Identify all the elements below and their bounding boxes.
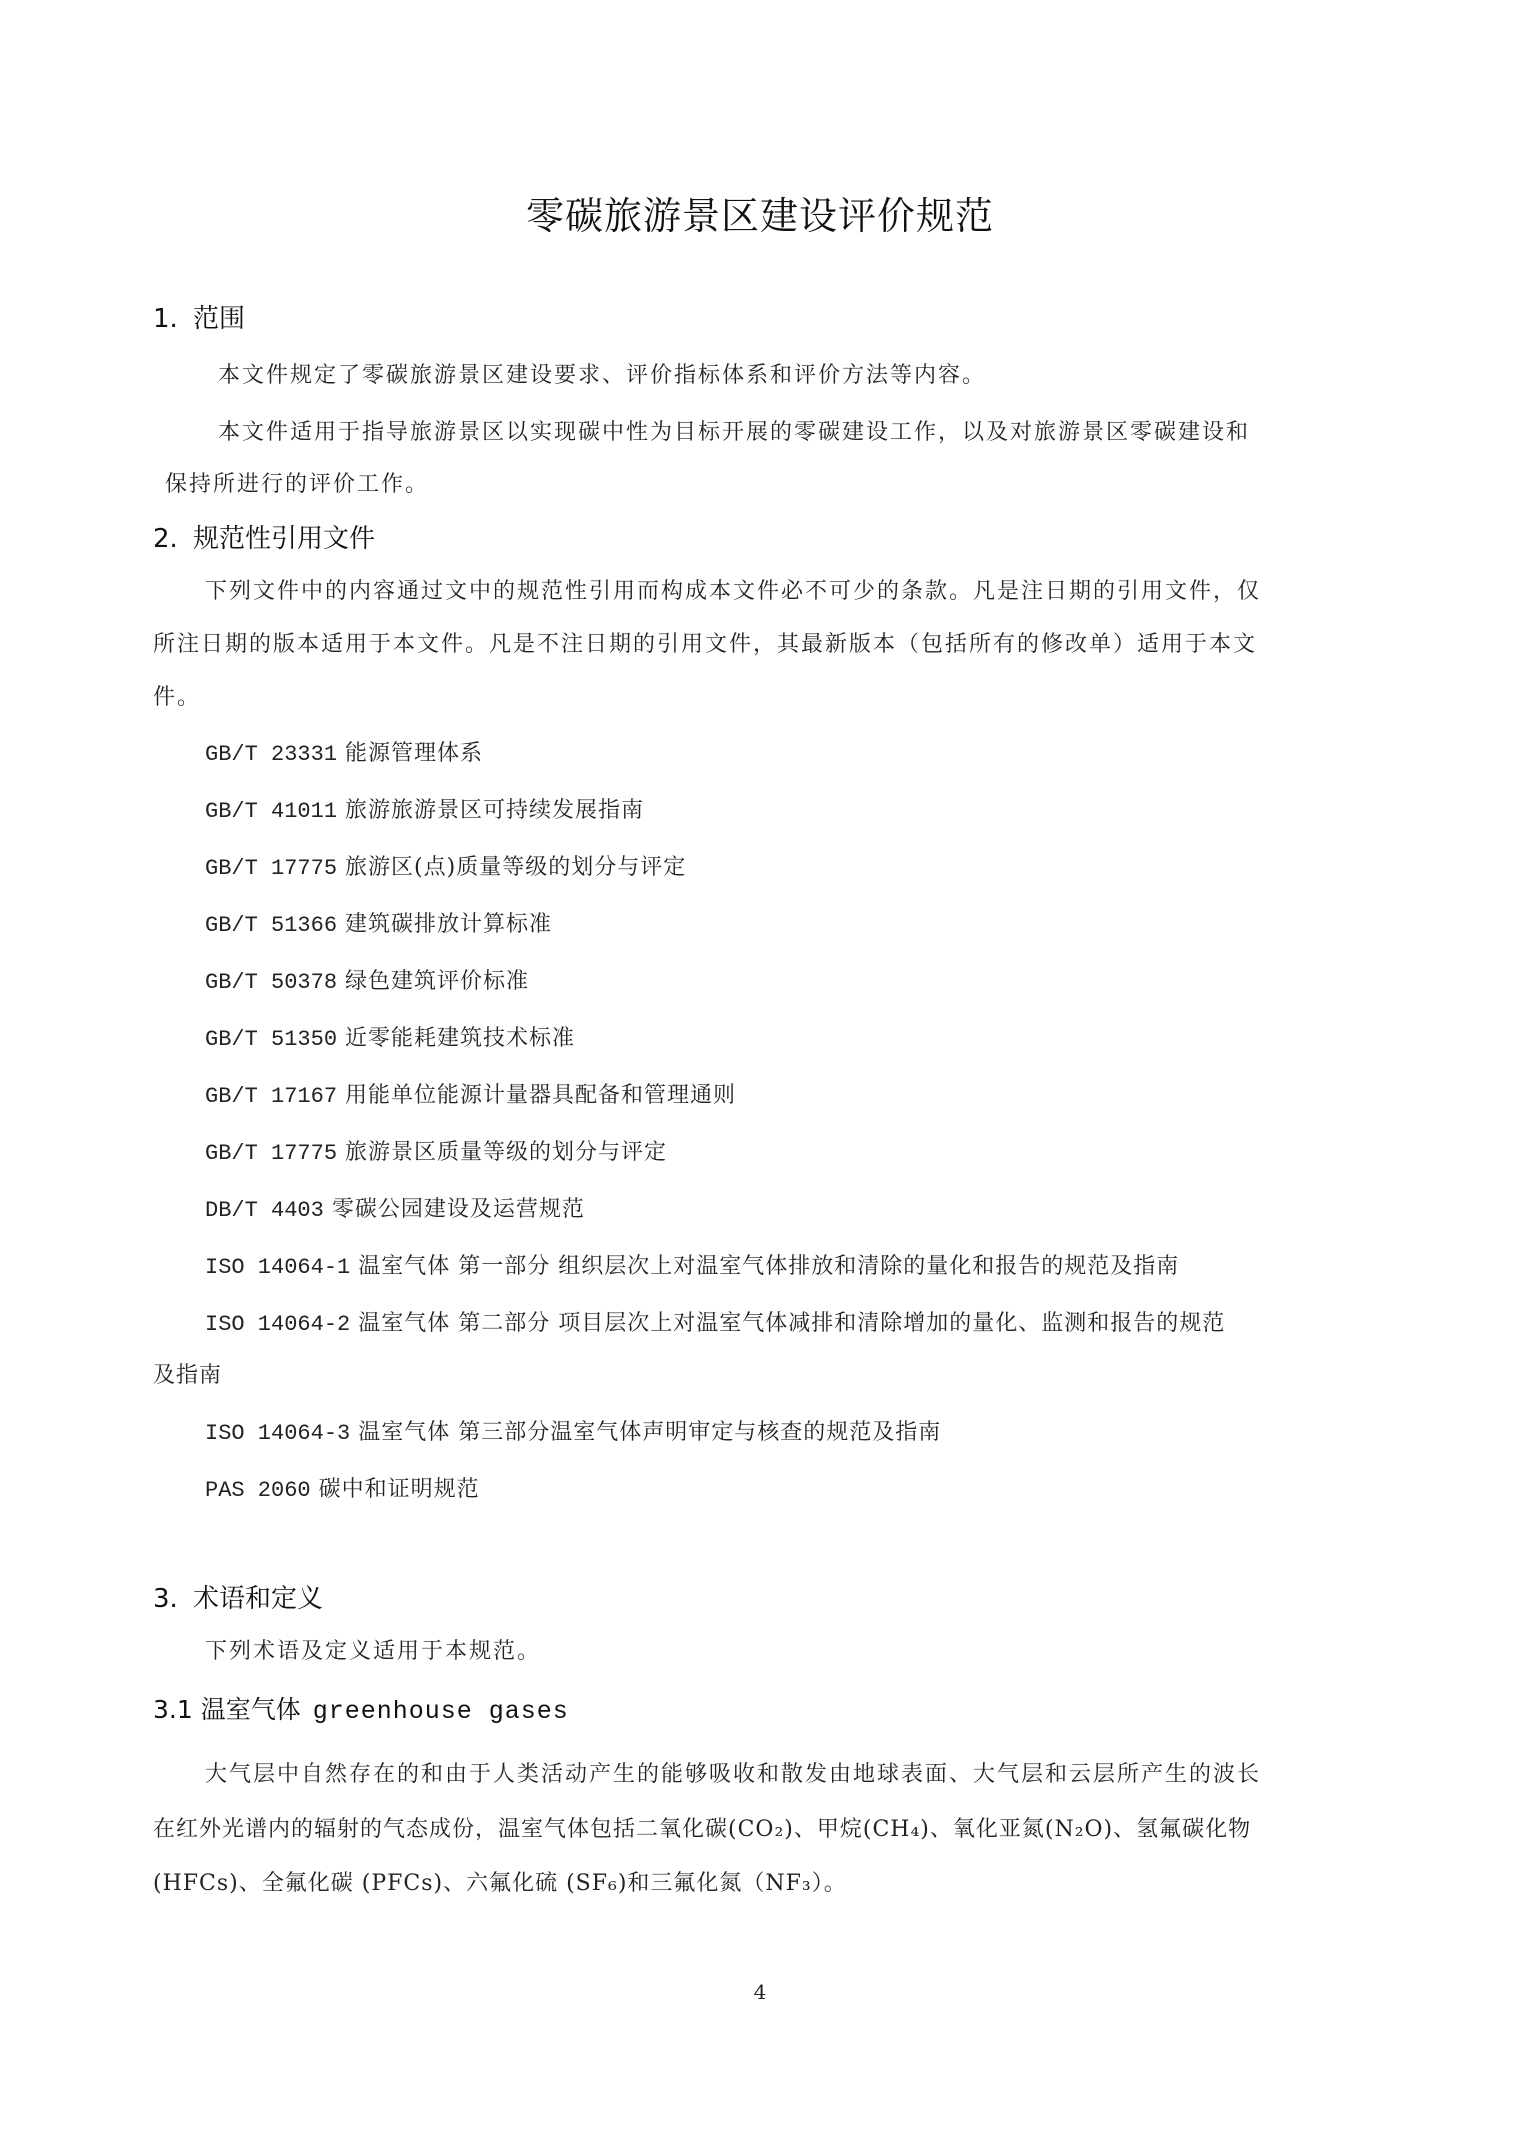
paragraph: 下列文件中的内容通过文中的规范性引用而构成本文件必不可少的条款。凡是注日期的引用… bbox=[205, 574, 1261, 605]
section-2-heading: 2.规范性引用文件 bbox=[153, 518, 375, 555]
reference-name: 零碳公园建设及运营规范 bbox=[332, 1197, 585, 1222]
reference-name: 能源管理体系 bbox=[345, 741, 483, 766]
section-number: 1. bbox=[153, 304, 193, 334]
reference-name: 建筑碳排放计算标准 bbox=[345, 912, 552, 937]
reference-item: GB/T 41011 旅游旅游景区可持续发展指南 bbox=[205, 793, 644, 824]
definition-line: 大气层中自然存在的和由于人类活动产生的能够吸收和散发由地球表面、大气层和云层所产… bbox=[205, 1757, 1261, 1788]
reference-item: DB/T 4403 零碳公园建设及运营规范 bbox=[205, 1192, 585, 1223]
subsection-3-1-heading: 3.1 温室气体greenhouse gases bbox=[153, 1690, 569, 1726]
reference-code: GB/T 50378 bbox=[205, 970, 337, 995]
section-number: 3. bbox=[153, 1584, 193, 1614]
reference-item: GB/T 50378 绿色建筑评价标准 bbox=[205, 964, 529, 995]
reference-name: 温室气体 第一部分 组织层次上对温室气体排放和清除的量化和报告的规范及指南 bbox=[358, 1254, 1179, 1279]
reference-name: 绿色建筑评价标准 bbox=[345, 969, 529, 994]
reference-name: 近零能耗建筑技术标准 bbox=[345, 1026, 575, 1051]
reference-name: 温室气体 第三部分温室气体声明审定与核查的规范及指南 bbox=[358, 1420, 941, 1445]
section-1-heading: 1.范围 bbox=[153, 298, 245, 335]
reference-name: 用能单位能源计量器具配备和管理通则 bbox=[345, 1083, 736, 1108]
reference-code: GB/T 17775 bbox=[205, 856, 337, 881]
section-title: 规范性引用文件 bbox=[193, 524, 375, 554]
section-title: 术语和定义 bbox=[193, 1584, 323, 1614]
reference-code: GB/T 17167 bbox=[205, 1084, 337, 1109]
reference-code: ISO 14064-1 bbox=[205, 1255, 350, 1280]
section-3-heading: 3.术语和定义 bbox=[153, 1578, 323, 1615]
paragraph: 本文件规定了零碳旅游景区建设要求、评价指标体系和评价方法等内容。 bbox=[218, 358, 986, 389]
document-title: 零碳旅游景区建设评价规范 bbox=[0, 185, 1520, 240]
reference-item: ISO 14064-3 温室气体 第三部分温室气体声明审定与核查的规范及指南 bbox=[205, 1415, 941, 1446]
reference-item: PAS 2060 碳中和证明规范 bbox=[205, 1472, 480, 1503]
reference-code: GB/T 23331 bbox=[205, 742, 337, 767]
reference-code: GB/T 41011 bbox=[205, 799, 337, 824]
reference-name: 温室气体 第二部分 项目层次上对温室气体减排和清除增加的量化、监测和报告的规范 bbox=[358, 1311, 1225, 1336]
reference-item: GB/T 17775 旅游景区质量等级的划分与评定 bbox=[205, 1135, 667, 1166]
definition-line: 在红外光谱内的辐射的气态成份，温室气体包括二氧化碳(CO₂)、甲烷(CH₄)、氧… bbox=[153, 1812, 1251, 1843]
reference-code: GB/T 17775 bbox=[205, 1141, 337, 1166]
reference-code: GB/T 51350 bbox=[205, 1027, 337, 1052]
definition-line: (HFCs)、全氟化碳 (PFCs)、六氟化硫 (SF₆)和三氟化氮（NF₃）。 bbox=[153, 1866, 847, 1897]
reference-code: ISO 14064-3 bbox=[205, 1421, 350, 1446]
paragraph: 保持所进行的评价工作。 bbox=[165, 467, 429, 498]
reference-name: 旅游区(点)质量等级的划分与评定 bbox=[345, 855, 686, 880]
reference-name: 碳中和证明规范 bbox=[319, 1477, 480, 1502]
reference-item: GB/T 51350 近零能耗建筑技术标准 bbox=[205, 1021, 575, 1052]
page-number: 4 bbox=[0, 1980, 1520, 2004]
reference-item: GB/T 17775 旅游区(点)质量等级的划分与评定 bbox=[205, 850, 686, 881]
reference-item: ISO 14064-2 温室气体 第二部分 项目层次上对温室气体减排和清除增加的… bbox=[205, 1306, 1225, 1337]
section-number: 2. bbox=[153, 524, 193, 554]
subsection-title-zh: 温室气体 bbox=[201, 1695, 301, 1724]
paragraph: 所注日期的版本适用于本文件。凡是不注日期的引用文件，其最新版本（包括所有的修改单… bbox=[153, 627, 1257, 658]
reference-item: GB/T 23331 能源管理体系 bbox=[205, 736, 483, 767]
reference-item: GB/T 17167 用能单位能源计量器具配备和管理通则 bbox=[205, 1078, 736, 1109]
reference-code: PAS 2060 bbox=[205, 1478, 311, 1503]
subsection-title-en: greenhouse gases bbox=[313, 1697, 569, 1726]
reference-name: 及指南 bbox=[153, 1363, 222, 1388]
section-title: 范围 bbox=[193, 304, 245, 334]
subsection-number: 3.1 bbox=[153, 1695, 193, 1724]
reference-name: 旅游景区质量等级的划分与评定 bbox=[345, 1140, 667, 1165]
reference-code: DB/T 4403 bbox=[205, 1198, 324, 1223]
reference-item: ISO 14064-1 温室气体 第一部分 组织层次上对温室气体排放和清除的量化… bbox=[205, 1249, 1179, 1280]
reference-item-continuation: 及指南 bbox=[153, 1358, 222, 1389]
reference-code: ISO 14064-2 bbox=[205, 1312, 350, 1337]
paragraph: 本文件适用于指导旅游景区以实现碳中性为目标开展的零碳建设工作，以及对旅游景区零碳… bbox=[218, 415, 1250, 446]
paragraph: 下列术语及定义适用于本规范。 bbox=[205, 1634, 541, 1665]
document-page: 零碳旅游景区建设评价规范 1.范围 本文件规定了零碳旅游景区建设要求、评价指标体… bbox=[0, 0, 1520, 2149]
paragraph: 件。 bbox=[153, 680, 201, 711]
reference-name: 旅游旅游景区可持续发展指南 bbox=[345, 798, 644, 823]
reference-item: GB/T 51366 建筑碳排放计算标准 bbox=[205, 907, 552, 938]
reference-code: GB/T 51366 bbox=[205, 913, 337, 938]
